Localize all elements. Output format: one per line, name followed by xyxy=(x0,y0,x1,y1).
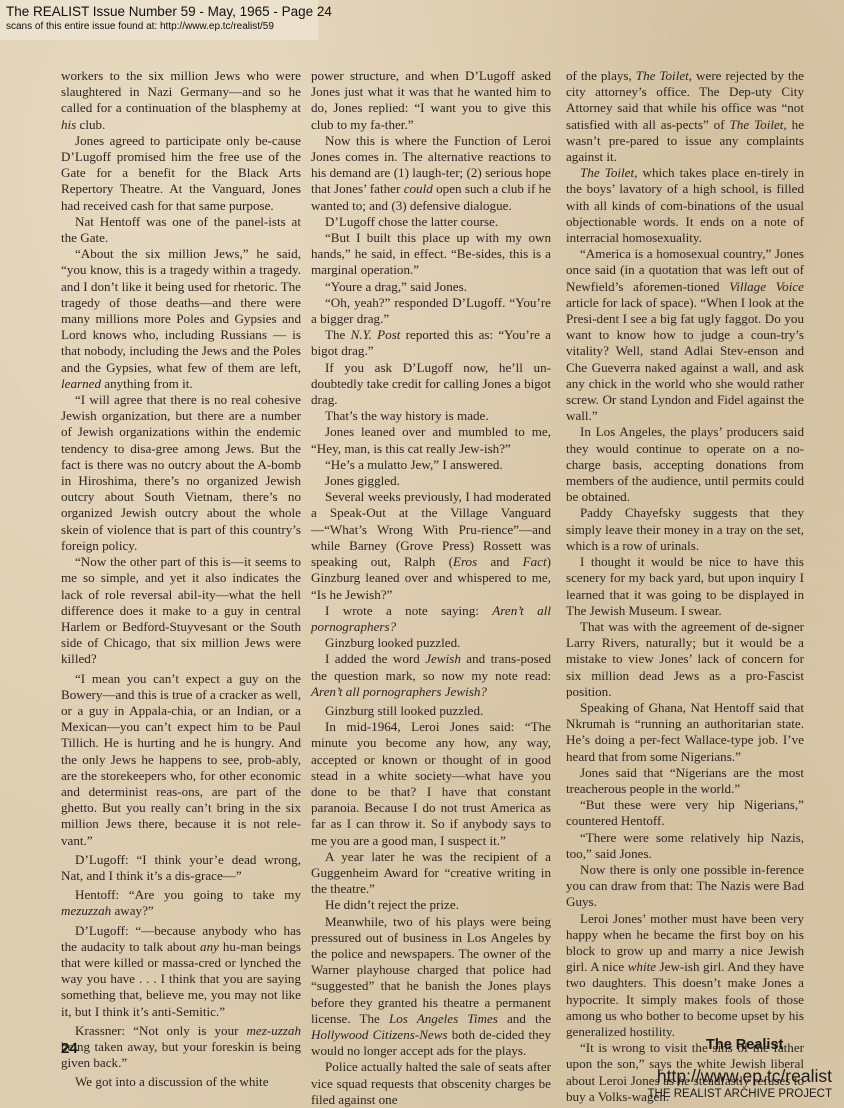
article-paragraph: Paddy Chayefsky suggests that they simpl… xyxy=(566,505,804,554)
article-paragraph: I added the word Jewish and trans-posed … xyxy=(311,651,551,700)
text-run: A year later he was the recipient of a G… xyxy=(311,849,551,896)
archive-url-link[interactable]: http://www.ep.tc/realist xyxy=(657,1066,832,1087)
article-paragraph: He didn’t reject the prize. xyxy=(311,897,551,913)
italic-run: Los Angeles Times xyxy=(389,1011,498,1026)
article-paragraph: Now there is only one possible in-ferenc… xyxy=(566,862,804,911)
article-paragraph: “I will agree that there is no real cohe… xyxy=(61,392,301,554)
text-run: Ginzburg looked puzzled. xyxy=(325,635,460,650)
article-paragraph: D’Lugoff: “I think your’e dead wrong, Na… xyxy=(61,852,301,884)
text-run: “I mean you can’t expect a guy on the Bo… xyxy=(61,671,301,848)
text-run: article for lack of space). “When I look… xyxy=(566,295,804,423)
article-paragraph: Krassner: “Not only is your mez-uzzah be… xyxy=(61,1023,301,1072)
article-paragraph: Hentoff: “Are you going to take my mezuz… xyxy=(61,887,301,919)
article-paragraph: “There were some relatively hip Nazis, t… xyxy=(566,830,804,862)
article-paragraph: Ginzburg still looked puzzled. xyxy=(311,703,551,719)
article-paragraph: “I mean you can’t expect a guy on the Bo… xyxy=(61,671,301,849)
text-run: club. xyxy=(76,117,105,132)
column-middle: power structure, and when D’Lugoff asked… xyxy=(311,68,551,1108)
italic-run: Hollywood Citizens-News xyxy=(311,1027,448,1042)
text-run: Now there is only one possible in-ferenc… xyxy=(566,862,804,909)
article-paragraph: D’Lugoff chose the latter course. xyxy=(311,214,551,230)
text-run: In mid-1964, Leroi Jones said: “The minu… xyxy=(311,719,551,847)
italic-run: Jewish xyxy=(425,651,461,666)
italic-run: The Toilet, xyxy=(636,68,692,83)
text-run: “Oh, yeah?” responded D’Lugoff. “You’re … xyxy=(311,295,551,326)
text-run: Nat Hentoff was one of the panel-ists at… xyxy=(61,214,301,245)
text-run: Krassner: “Not only is your xyxy=(75,1023,246,1038)
article-paragraph: Leroi Jones’ mother must have been very … xyxy=(566,911,804,1041)
article-paragraph: The Toilet, which takes place en-tirely … xyxy=(566,165,804,246)
issue-source-note: scans of this entire issue found at: htt… xyxy=(6,20,318,33)
article-paragraph: “But I built this place up with my own h… xyxy=(311,230,551,279)
article-paragraph: Police actually halted the sale of seats… xyxy=(311,1059,551,1108)
text-run: He didn’t reject the prize. xyxy=(325,897,459,912)
article-paragraph: “Now the other part of this is—it seems … xyxy=(61,554,301,667)
text-run: power structure, and when D’Lugoff asked… xyxy=(311,68,551,132)
text-run: “There were some relatively hip Nazis, t… xyxy=(566,830,804,861)
text-run: “But these were very hip Nigerians,” cou… xyxy=(566,797,804,828)
text-run: “He’s a mulatto Jew,” I answered. xyxy=(325,457,503,472)
text-run: and xyxy=(477,554,522,569)
text-run: Jones leaned over and mumbled to me, “He… xyxy=(311,424,551,455)
article-paragraph: “America is a homosexual country,” Jones… xyxy=(566,246,804,424)
article-paragraph: If you ask D’Lugoff now, he’ll un-doubte… xyxy=(311,360,551,409)
text-run: That was with the agreement of de-signer… xyxy=(566,619,804,699)
text-run: Police actually halted the sale of seats… xyxy=(311,1059,551,1106)
article-paragraph: In mid-1964, Leroi Jones said: “The minu… xyxy=(311,719,551,849)
text-run: That’s the way history is made. xyxy=(325,408,489,423)
article-paragraph: Jones leaned over and mumbled to me, “He… xyxy=(311,424,551,456)
italic-run: Eros xyxy=(453,554,477,569)
text-run: Meanwhile, two of his plays were being p… xyxy=(311,914,551,1026)
text-run: D’Lugoff: “I think your’e dead wrong, Na… xyxy=(61,852,301,883)
article-paragraph: Ginzburg looked puzzled. xyxy=(311,635,551,651)
article-paragraph: “But these were very hip Nigerians,” cou… xyxy=(566,797,804,829)
italic-run: mez-uzzah xyxy=(246,1023,301,1038)
italic-run: The Toilet, xyxy=(580,165,637,180)
article-paragraph: power structure, and when D’Lugoff asked… xyxy=(311,68,551,133)
text-run: I thought it would be nice to have this … xyxy=(566,554,804,618)
italic-run: mezuzzah xyxy=(61,903,111,918)
article-paragraph: The N.Y. Post reported this as: “You’re … xyxy=(311,327,551,359)
column-right: of the plays, The Toilet, were rejected … xyxy=(566,68,804,1105)
text-run: Speaking of Ghana, Nat Hentoff said that… xyxy=(566,700,804,764)
article-paragraph: In Los Angeles, the plays’ producers sai… xyxy=(566,424,804,505)
text-run: In Los Angeles, the plays’ producers sai… xyxy=(566,424,804,504)
italic-run: his xyxy=(61,117,76,132)
article-paragraph: We got into a discussion of the white xyxy=(61,1074,301,1090)
text-run: of the plays, xyxy=(566,68,636,83)
italic-run: any xyxy=(200,939,219,954)
text-run: Paddy Chayefsky suggests that they simpl… xyxy=(566,505,804,552)
text-run: being taken away, but your foreskin is b… xyxy=(61,1039,301,1070)
text-run: I wrote a note saying: xyxy=(325,603,492,618)
text-run: Jones agreed to participate only be-caus… xyxy=(61,133,301,213)
text-run: anything from it. xyxy=(101,376,193,391)
article-paragraph: Jones giggled. xyxy=(311,473,551,489)
archive-project-label: THE REALIST ARCHIVE PROJECT xyxy=(648,1088,832,1100)
article-paragraph: I thought it would be nice to have this … xyxy=(566,554,804,619)
article-paragraph: I wrote a note saying: Aren’t all pornog… xyxy=(311,603,551,635)
text-run: Jones giggled. xyxy=(325,473,400,488)
page-number: 24 xyxy=(61,1040,78,1057)
text-run: Ginzburg still looked puzzled. xyxy=(325,703,483,718)
article-paragraph: “About the six million Jews,” he said, “… xyxy=(61,246,301,392)
article-paragraph: Now this is where the Function of Leroi … xyxy=(311,133,551,214)
italic-run: learned xyxy=(61,376,101,391)
italic-run: The Toilet, xyxy=(730,117,787,132)
article-paragraph: of the plays, The Toilet, were rejected … xyxy=(566,68,804,165)
text-run: I added the word xyxy=(325,651,425,666)
italic-run: could xyxy=(404,181,433,196)
article-paragraph: “Youre a drag,” said Jones. xyxy=(311,279,551,295)
text-run: Hentoff: “Are you going to take my xyxy=(75,887,301,902)
article-paragraph: Nat Hentoff was one of the panel-ists at… xyxy=(61,214,301,246)
text-run: “I will agree that there is no real cohe… xyxy=(61,392,301,553)
article-paragraph: That was with the agreement of de-signer… xyxy=(566,619,804,700)
text-run: workers to the six million Jews who were… xyxy=(61,68,301,115)
article-paragraph: A year later he was the recipient of a G… xyxy=(311,849,551,898)
italic-run: white xyxy=(628,959,656,974)
article-paragraph: D’Lugoff: “—because anybody who has the … xyxy=(61,923,301,1020)
article-paragraph: workers to the six million Jews who were… xyxy=(61,68,301,133)
text-run: and the xyxy=(498,1011,551,1026)
magazine-signature: The Realist xyxy=(706,1037,783,1053)
italic-run: Village Voice xyxy=(729,279,804,294)
text-run: “Now the other part of this is—it seems … xyxy=(61,554,301,666)
article-paragraph: Speaking of Ghana, Nat Hentoff said that… xyxy=(566,700,804,765)
issue-title: The REALIST Issue Number 59 - May, 1965 … xyxy=(6,4,318,20)
italic-run: Aren’t all pornographers Jewish? xyxy=(311,684,487,699)
text-run: If you ask D’Lugoff now, he’ll un-doubte… xyxy=(311,360,551,407)
article-paragraph: Several weeks previously, I had moderate… xyxy=(311,489,551,602)
article-paragraph: Jones said that “Nigerians are the most … xyxy=(566,765,804,797)
article-paragraph: “Oh, yeah?” responded D’Lugoff. “You’re … xyxy=(311,295,551,327)
text-run: away?” xyxy=(111,903,154,918)
article-paragraph: Jones agreed to participate only be-caus… xyxy=(61,133,301,214)
text-run: “But I built this place up with my own h… xyxy=(311,230,551,277)
text-run: “Youre a drag,” said Jones. xyxy=(325,279,467,294)
column-left: workers to the six million Jews who were… xyxy=(61,68,301,1091)
text-run: Jones said that “Nigerians are the most … xyxy=(566,765,804,796)
italic-run: Fact xyxy=(523,554,547,569)
archive-header: The REALIST Issue Number 59 - May, 1965 … xyxy=(0,0,318,40)
text-run: We got into a discussion of the white xyxy=(75,1074,269,1089)
article-paragraph: “He’s a mulatto Jew,” I answered. xyxy=(311,457,551,473)
text-run: The xyxy=(325,327,351,342)
italic-run: N.Y. Post xyxy=(351,327,401,342)
article-paragraph: Meanwhile, two of his plays were being p… xyxy=(311,914,551,1060)
text-run: “About the six million Jews,” he said, “… xyxy=(61,246,301,374)
article-paragraph: That’s the way history is made. xyxy=(311,408,551,424)
text-run: D’Lugoff chose the latter course. xyxy=(325,214,498,229)
